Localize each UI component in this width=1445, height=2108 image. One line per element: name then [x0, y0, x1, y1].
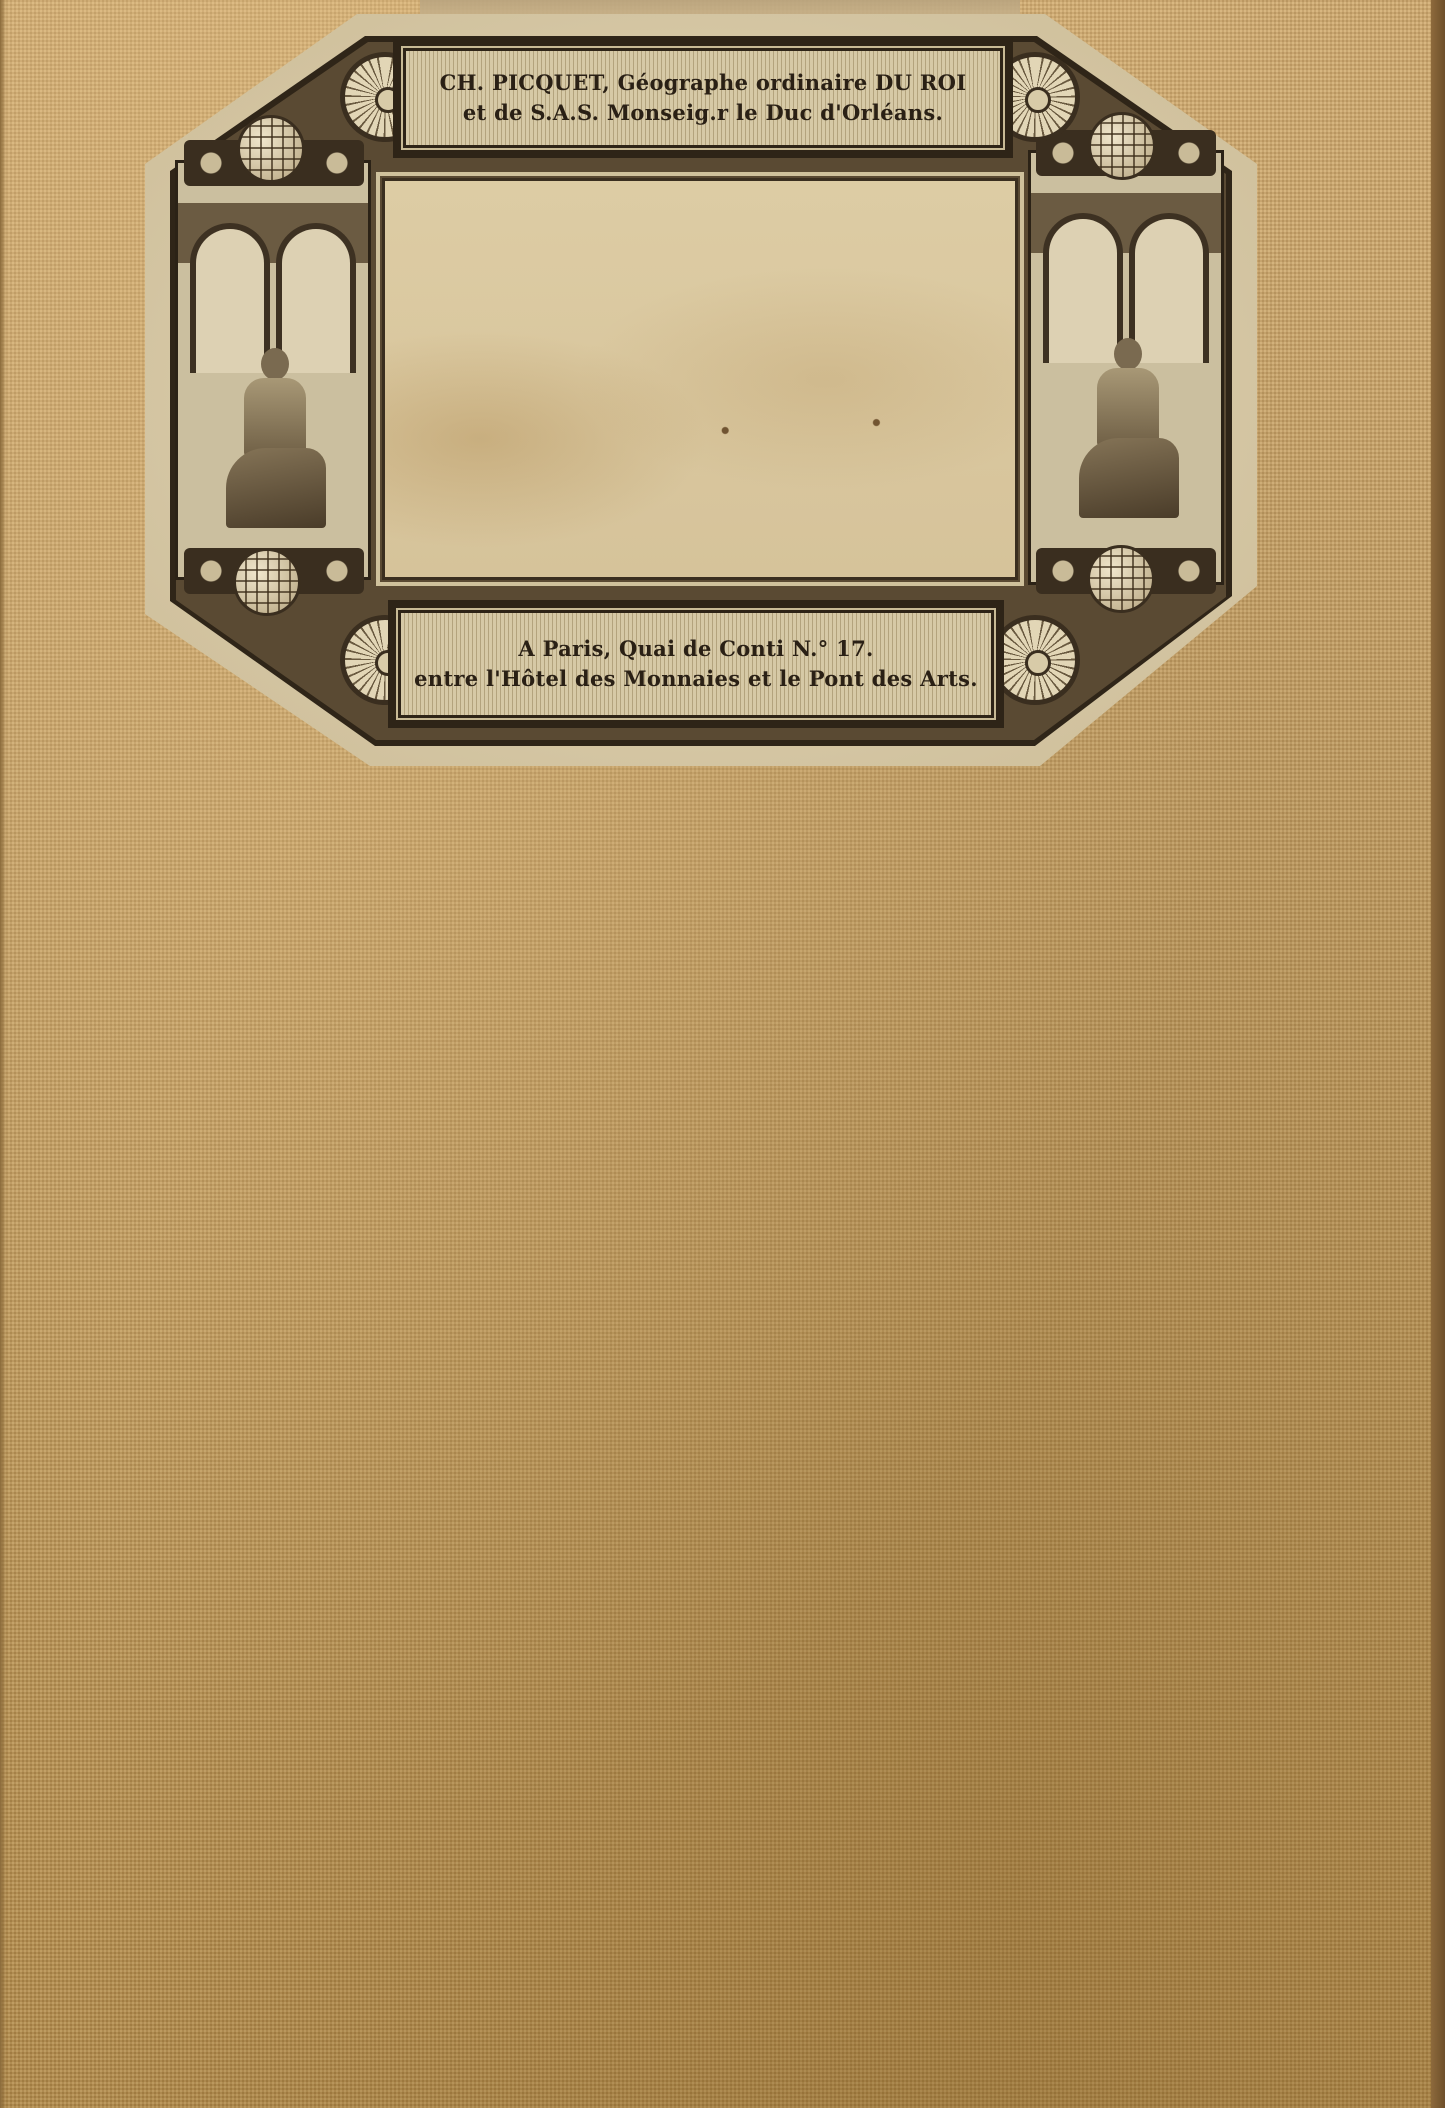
cover-right-edge — [1431, 0, 1445, 2108]
blank-title-field — [382, 178, 1018, 580]
address-line-2: entre l'Hôtel des Monnaies et le Pont de… — [414, 664, 978, 694]
publisher-patron: et de S.A.S. Monseig.r le Duc d'Orléans. — [463, 98, 943, 128]
publisher-name: CH. PICQUET, Géographe ordinaire DU ROI — [440, 68, 967, 98]
right-niche — [1028, 150, 1224, 585]
globe-icon — [1087, 545, 1155, 613]
globe-icon — [237, 115, 305, 183]
left-niche — [175, 160, 371, 580]
seated-figure-scroll-icon — [226, 348, 326, 538]
address-line-1: A Paris, Quai de Conti N.° 17. — [518, 634, 873, 664]
globe-icon — [1088, 112, 1156, 180]
seated-figure-vessel-icon — [1079, 338, 1179, 528]
globe-icon — [233, 548, 301, 616]
publisher-panel: CH. PICQUET, Géographe ordinaire DU ROI … — [393, 38, 1013, 158]
address-panel: A Paris, Quai de Conti N.° 17. entre l'H… — [388, 600, 1004, 728]
cover-left-edge — [0, 0, 6, 2108]
